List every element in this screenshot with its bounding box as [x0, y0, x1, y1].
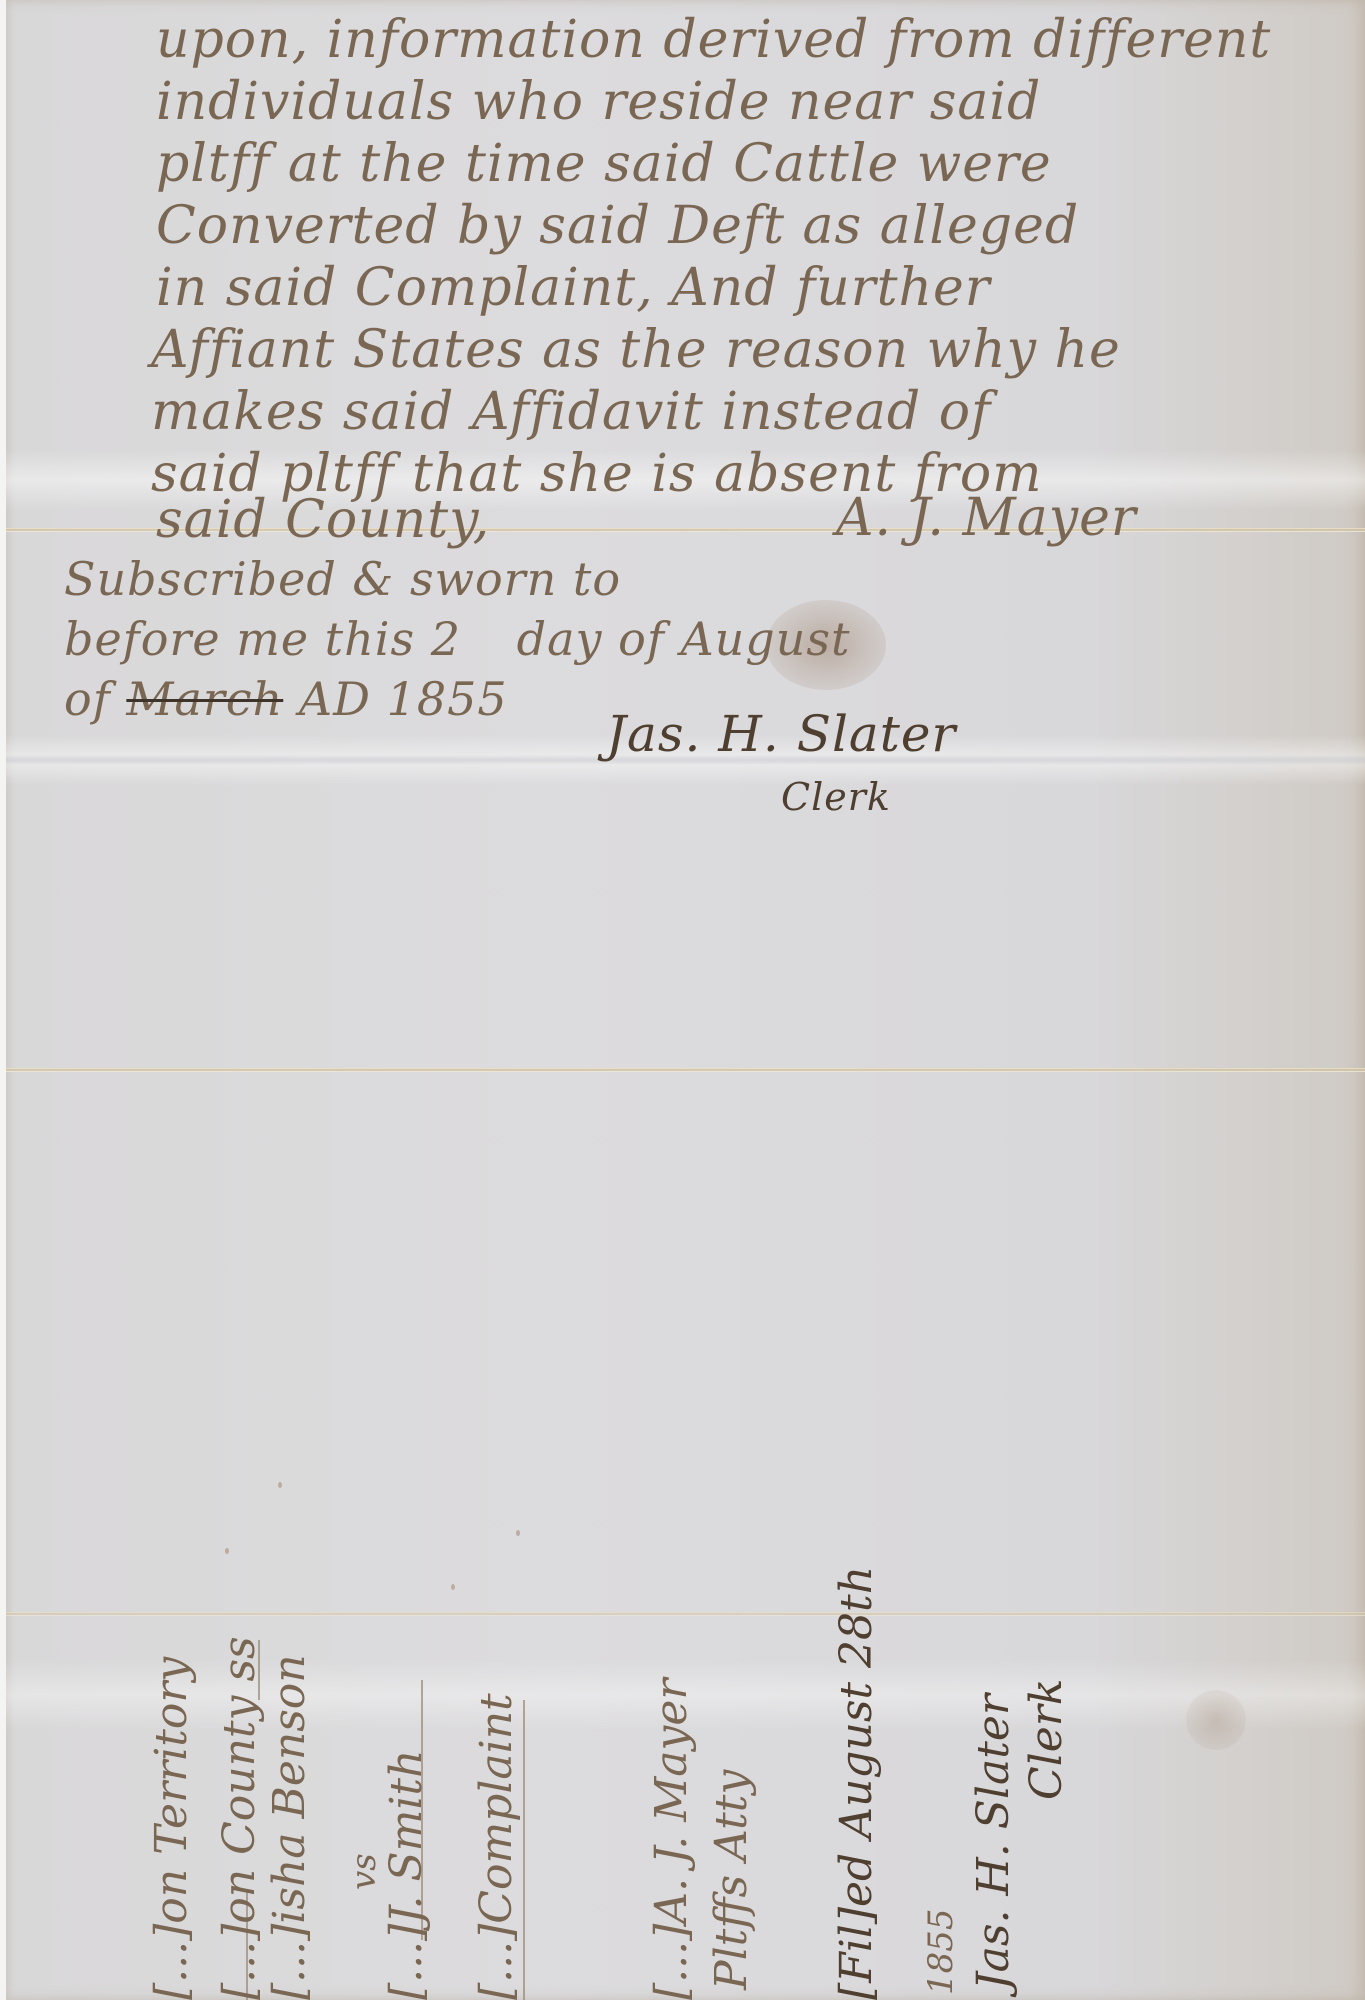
body-line-3: pltff at the time said Cattle were: [156, 134, 1052, 194]
jurat-of: of: [64, 672, 111, 726]
affiant-signature: A. J. Mayer: [836, 488, 1137, 548]
jurat-date-prefix: before me this 2: [64, 612, 461, 666]
document-page: upon, information derived from different…: [6, 0, 1365, 2000]
docket-filed-date: [Fil]ed August 28th: [831, 1566, 882, 2000]
body-line-5: in said Complaint, And further: [156, 258, 991, 318]
clerk-title: Clerk: [781, 775, 891, 819]
paper-spot: [225, 1548, 229, 1554]
docket-attorney: [...]A. J. Mayer: [646, 1679, 697, 2000]
docket-clerk-signature: Jas. H. Slater: [968, 1694, 1019, 1990]
paper-spot: [278, 1482, 282, 1488]
body-line-1: upon, information derived from different: [156, 10, 1271, 70]
docket-attorney-title: Pltffs Atty: [706, 1770, 757, 1990]
docket-clerk-title: Clerk: [1021, 1679, 1072, 1800]
docket-county: [...]on County ss: [214, 1636, 265, 2000]
body-line-4: Converted by said Deft as alleged: [156, 196, 1079, 256]
paper-spot: [516, 1530, 520, 1536]
jurat-month: day of August: [517, 612, 851, 666]
docket-defendant: [...]J. Smith: [381, 1750, 432, 2000]
water-stain: [1186, 1690, 1246, 1750]
docket-territory: [...]on Territory: [146, 1657, 197, 2000]
docket-vs: vs: [344, 1853, 384, 1890]
body-line-6: Affiant States as the reason why he: [151, 320, 1121, 380]
fold-line: [6, 1612, 1365, 1616]
docket-plaintiff: [...]isha Benson: [264, 1654, 315, 2000]
body-line-7: makes said Affidavit instead of: [151, 382, 991, 442]
jurat-line-3: of March AD 1855: [64, 672, 508, 726]
body-line-9: said County,: [156, 490, 490, 550]
jurat-line-1: Subscribed & sworn to: [64, 552, 621, 606]
jurat-year: AD 1855: [299, 672, 508, 726]
body-line-2: individuals who reside near said: [156, 72, 1041, 132]
paper-spot: [451, 1584, 455, 1590]
docket-rule: [523, 1700, 525, 2000]
jurat-line-2: before me this 2 day of August: [64, 612, 850, 666]
docket-filed-year: 1855: [921, 1908, 961, 1995]
docket-complaint: [...]Complaint: [471, 1693, 522, 2000]
struck-month: March: [126, 672, 283, 726]
fold-line: [6, 1068, 1365, 1072]
clerk-signature: Jas. H. Slater: [606, 705, 956, 763]
